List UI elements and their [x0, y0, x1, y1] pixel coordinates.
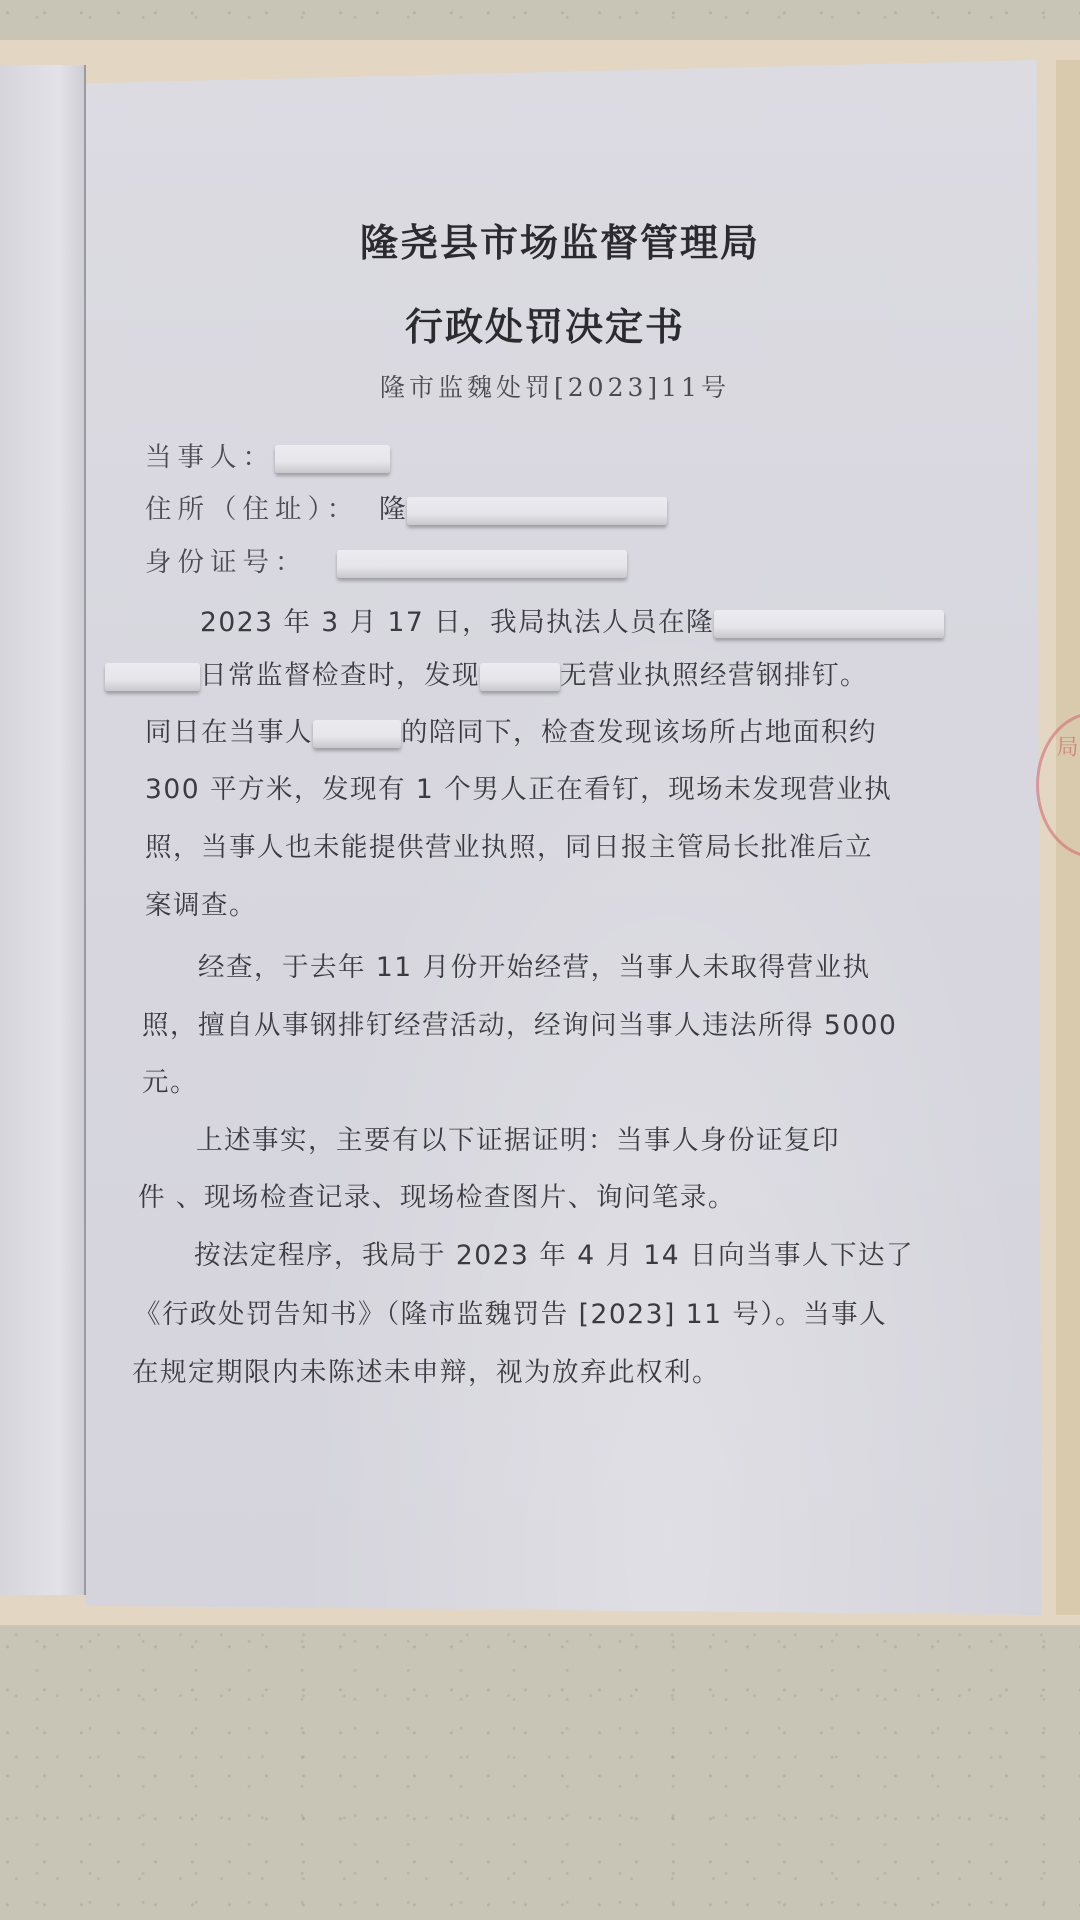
document-number: 隆市监魏处罚[2023]11号 — [0, 368, 1080, 404]
paragraph-1-line-4: 300 平方米，发现有 1 个男人正在看钉，现场未发现营业执 — [145, 767, 892, 806]
seal-text: 局 — [1050, 735, 1080, 757]
paragraph-2-line-1: 经查，于去年 11 月份开始经营，当事人未取得营业执 — [198, 945, 871, 984]
id-label: 身份证号： — [145, 547, 308, 578]
paragraph-2-line-2: 照，擅自从事钢排钉经营活动，经询问当事人违法所得 5000 — [142, 1003, 897, 1042]
redacted-location — [714, 610, 944, 638]
paragraph-1-line-1: 2023 年 3 月 17 日，我局执法人员在隆 — [200, 600, 944, 639]
paragraph-1-line-6: 案调查。 — [145, 883, 257, 922]
redacted-id-number — [337, 550, 627, 578]
paragraph-4-line-1: 按法定程序，我局于 2023 年 4 月 14 日向当事人下达了 — [194, 1233, 914, 1272]
redacted-party-name — [275, 445, 390, 473]
paragraph-4-line-3: 在规定期限内未陈述未申辩，视为放弃此权利。 — [132, 1350, 720, 1389]
redacted-location-cont — [105, 663, 200, 691]
text: 无营业执照经营钢排钉。 — [560, 660, 868, 691]
party-label: 当事人： — [145, 442, 275, 473]
redacted-business-name — [480, 663, 560, 691]
paragraph-3-line-2: 件 、现场检查记录、现场检查图片、询问笔录。 — [138, 1175, 736, 1214]
text: 同日在当事人 — [145, 717, 313, 748]
address-label: 住所（住址）： — [145, 494, 359, 525]
redacted-party-name-2 — [313, 720, 401, 748]
address-prefix: 隆 — [379, 494, 407, 525]
left-facing-page — [0, 65, 86, 1595]
text: 日常监督检查时，发现 — [200, 660, 480, 691]
redacted-address — [407, 497, 667, 525]
paragraph-1-line-3: 同日在当事人的陪同下，检查发现该场所占地面积约 — [145, 710, 877, 749]
address-field: 住所（住址）： 隆 — [145, 487, 667, 526]
paragraph-1-line-5: 照，当事人也未能提供营业执照，同日报主管局长批准后立 — [145, 825, 873, 864]
paragraph-3-line-1: 上述事实，主要有以下证据证明：当事人身份证复印 — [196, 1118, 840, 1157]
agency-title: 隆尧县市场监督管理局 — [0, 212, 1080, 267]
paragraph-1-line-2: 日常监督检查时，发现无营业执照经营钢排钉。 — [105, 653, 868, 692]
id-field: 身份证号： — [145, 540, 627, 579]
party-field: 当事人： — [145, 435, 390, 474]
paragraph-4-line-2: 《行政处罚告知书》（隆市监魏罚告 [2023] 11 号）。当事人 — [134, 1292, 887, 1331]
text: 的陪同下，检查发现该场所占地面积约 — [401, 717, 877, 748]
document-title: 行政处罚决定书 — [0, 296, 1080, 351]
text: 2023 年 3 月 17 日，我局执法人员在隆 — [200, 607, 714, 638]
paragraph-2-line-3: 元。 — [142, 1060, 198, 1099]
